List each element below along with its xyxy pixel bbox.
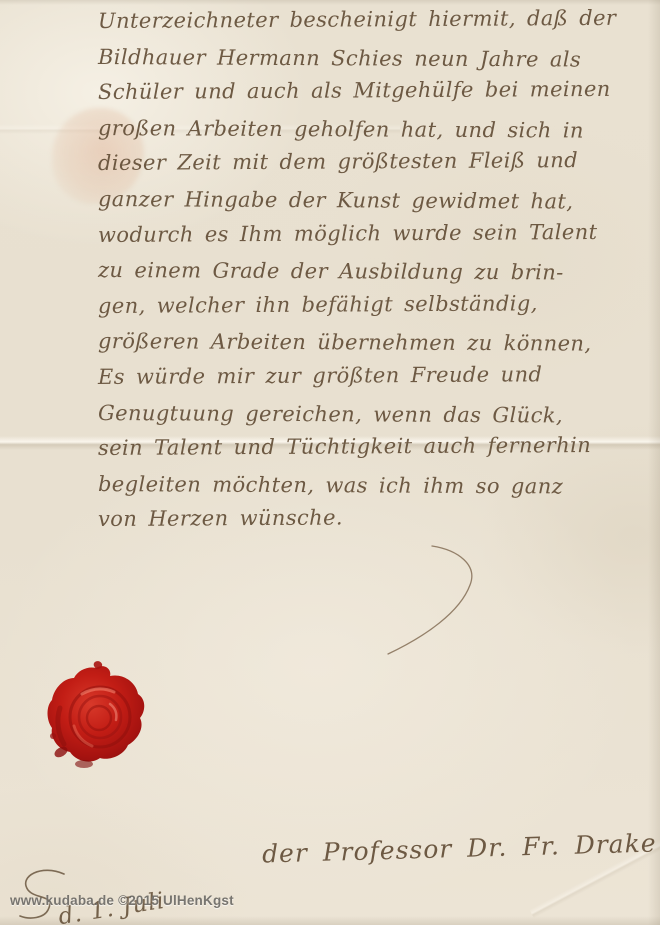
letter-line: dieser Zeit mit dem größtesten Fleiß und <box>98 143 654 182</box>
letter-line: von Herzen wünsche. <box>98 499 654 538</box>
letter-body: Unterzeichneter bescheinigt hiermit, daß… <box>98 4 654 538</box>
letter-line: Es würde mir zur größten Freude und <box>98 357 654 396</box>
letter-line: Unterzeichneter bescheinigt hiermit, daß… <box>98 1 654 40</box>
letter-line: gen, welcher ihn befähigt selbständig, <box>98 285 654 324</box>
letter-line: Schüler und auch als Mitgehülfe bei mein… <box>98 72 654 111</box>
stray-pen-stroke <box>378 540 498 670</box>
signature-line: der Professor Dr. Fr. Drake <box>262 828 657 868</box>
wax-seal <box>44 660 156 778</box>
watermark-text: www.kudaba.de ©2015 UlHenKgst <box>10 893 234 908</box>
letter-line: sein Talent und Tüchtigkeit auch fernerh… <box>98 428 654 467</box>
letter-page: Unterzeichneter bescheinigt hiermit, daß… <box>0 0 660 925</box>
letter-line: wodurch es Ihm möglich wurde sein Talent <box>98 214 654 253</box>
